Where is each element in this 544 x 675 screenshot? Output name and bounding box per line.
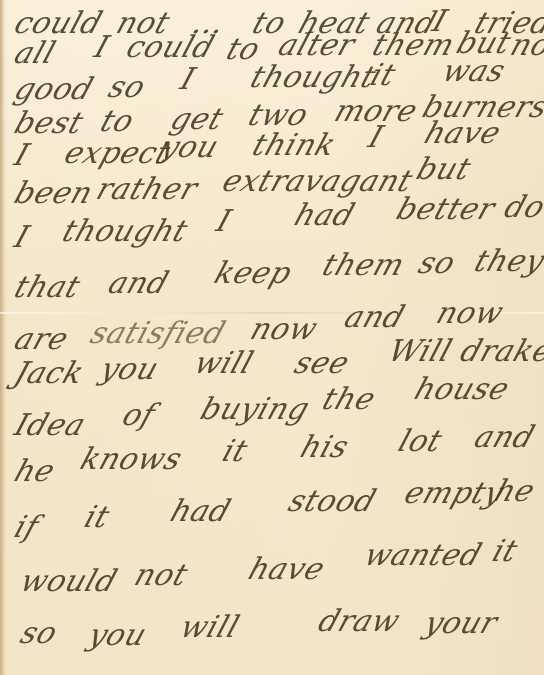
handwritten-word: see [290,346,354,381]
handwritten-word: the [318,382,380,417]
handwritten-word: are [10,322,73,357]
handwritten-word: of [118,398,160,433]
handwritten-word: was [438,54,510,89]
handwritten-word: I [176,62,200,97]
handwritten-word: will [190,346,258,381]
handwritten-word: thought [58,214,192,249]
handwritten-word: house [410,372,514,407]
handwritten-word: it [488,534,522,569]
handwritten-word: been [10,176,97,211]
handwritten-word: could [122,30,219,65]
handwritten-word: would [16,564,122,599]
handwritten-word: Will [384,334,456,369]
handwritten-word: if [10,510,43,545]
handwritten-word: stood [284,484,381,519]
handwritten-word: they [470,244,544,279]
handwritten-word: you [96,352,163,387]
handwritten-word: better [392,192,500,227]
handwritten-word: Idea [10,408,90,443]
handwritten-word: do [500,190,544,225]
handwritten-word: had [166,494,235,529]
handwritten-word: alter [274,28,360,63]
handwritten-word: have [244,552,329,587]
handwritten-word: and [470,420,539,455]
handwritten-word: I [10,220,34,255]
handwritten-word: thought [246,60,380,95]
handwritten-word: that [10,270,85,305]
handwritten-word: keep [210,256,296,291]
handwritten-word: expect [60,136,175,171]
handwritten-word: not [130,558,192,593]
handwritten-word: so [104,70,150,105]
handwritten-word: now [432,296,508,331]
handwritten-word: good [10,72,98,107]
handwritten-word: have [420,116,505,151]
handwritten-word: drakes [456,334,544,369]
handwritten-word: to [96,104,138,139]
handwritten-word: Jack [10,356,88,391]
handwritten-word: knows [76,442,187,477]
handwritten-word: extravagant [218,164,417,199]
handwritten-word: you [156,130,223,165]
handwritten-word: wanted [360,538,486,573]
handwritten-word: he [10,454,59,489]
handwritten-word: rather [92,172,202,207]
handwritten-word: had [290,198,359,233]
handwritten-word: I [10,138,34,173]
handwritten-word: I [212,204,236,239]
handwritten-word: lot [394,424,447,459]
handwritten-word: you [84,618,151,653]
handwritten-word: so [16,616,62,651]
handwritten-word: and [340,300,409,335]
handwritten-word: it [80,500,114,535]
letter-page: couldnot...toheatandItriedallIcouldtoalt… [0,0,544,675]
handwritten-word: draw [314,604,404,639]
handwritten-word: buying [196,392,314,427]
handwritten-word: and [104,266,173,301]
paper-left-edge [0,0,5,675]
handwritten-word: will [176,610,244,645]
handwritten-word: them [318,248,409,283]
handwritten-word: it [218,434,252,469]
handwritten-word: your [420,606,502,641]
handwritten-word: but [412,152,475,187]
handwritten-word: his [296,430,353,465]
handwritten-word: all [10,36,60,71]
handwritten-word: now [246,312,322,347]
handwritten-word: so [414,246,460,281]
handwritten-word: think [248,128,340,163]
